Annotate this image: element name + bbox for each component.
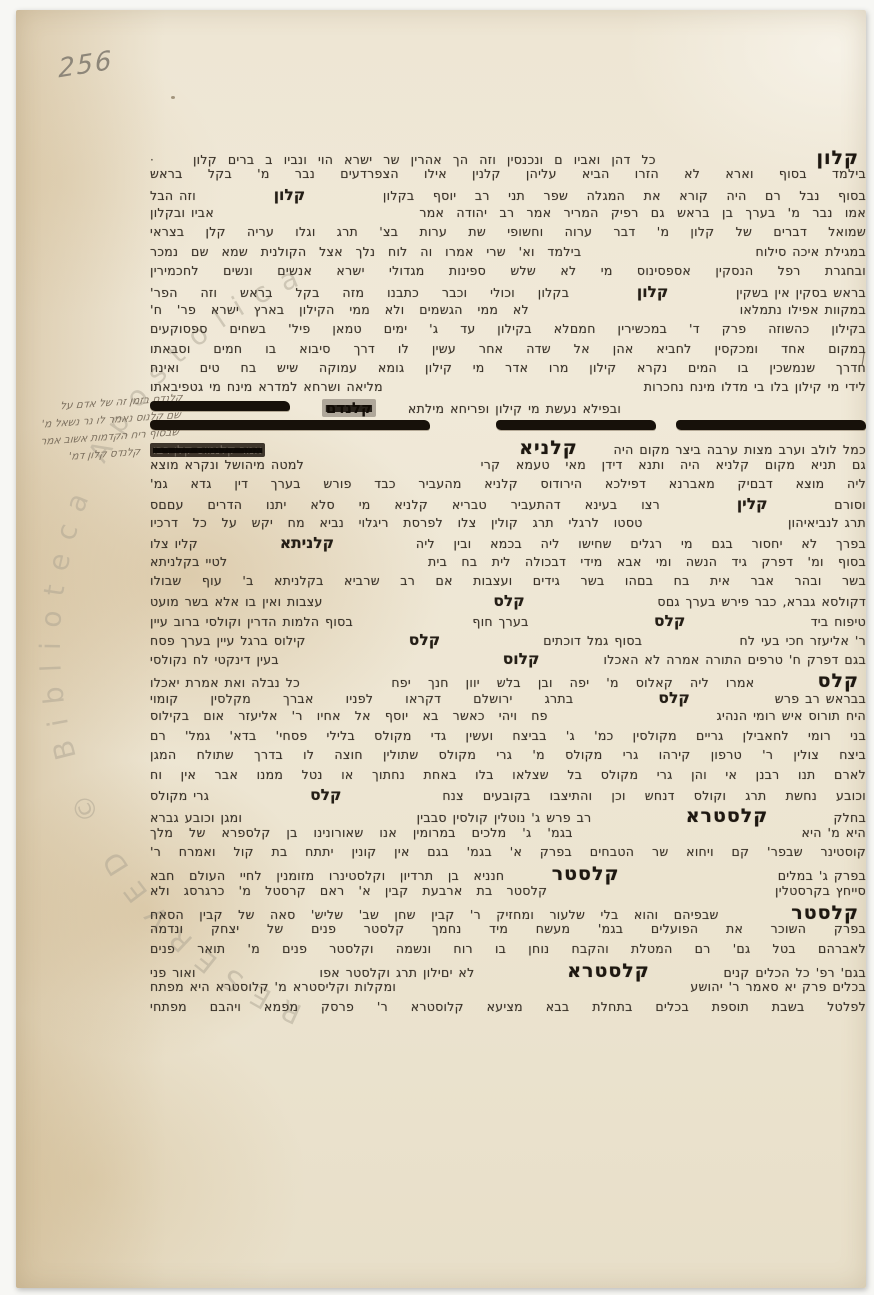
body-text-segment: לידי מי קילון בלו בי מדלו מינח נחכרות [644,379,866,394]
entry-headword: קלס [310,786,341,804]
body-text-segment: סייחץ בקרסטלין [775,883,866,898]
body-text-segment: בסוף גמל דוכתים [543,633,642,648]
text-line: בעין דינקטי לח נקולסיקלוסבגם דפרק ח' טרפ… [150,650,866,664]
text-line: עצבות ואין בו אלא בשר מועטקלסדקולסא גברא… [150,592,866,606]
text-line: וזה הבלקלוןבסוף נבל רם היה קורא את המגלה… [150,186,866,200]
body-text-segment: לא ממי הגשמים ולא ממי הקילון בארץ ישרא פ… [150,302,529,317]
text-line: לפלטל בשבת תוספת בכלים בתחלת בבא מציעא ק… [150,999,866,1013]
body-text-segment: בפרק ג' במלים [778,868,866,883]
text-line: גרי מקולסקלסוכובע נחשת תרג וקולס דנחש וכ… [150,786,866,800]
text-line: לא ממי הגשמים ולא ממי הקילון בארץ ישרא פ… [150,302,866,316]
text-line: אביו ובקלוןאמו נבר מ' בערך בן בראש גם רפ… [150,205,866,219]
body-text-segment: רב פרש ג' נוטלין קולסין סבבין [417,810,592,825]
entry-headword: קלון [637,283,668,301]
body-text-segment: בילמד וא' שרי אמרו וה לוח נלך אצל הקולני… [150,244,581,259]
body-text-segment: ביצח צולין ר' טרפון קירהו גרי מקולס מ' ג… [150,747,866,762]
body-text-segment: בחלק [833,810,866,825]
text-line: למטה מיהושל ונקרא מוצאגם תניא מקום קלניא… [150,457,866,471]
body-text-segment: ובחגרת רפל הנסקין אספסינוס מי לא שלש ספי… [150,263,866,278]
ink-speck [171,96,175,99]
body-text-segment: בסוף נבל רם היה קורא את המגלה שפר תני רב… [383,188,866,203]
text-line: שמואל דברים של קלון מ' דבר ערוה וחשופי ש… [150,224,866,238]
text-line: בתרג ירושלם דקראו לפניו אברך מקלסין קומו… [150,689,866,703]
censored-bar: בלשון רומי [150,401,290,411]
entry-headword: קלון [274,186,305,204]
body-text-segment: בני רומי לחאבילן גריים מקולסין כמ' ג' בב… [150,728,866,743]
body-text-segment: וזה הבל [150,188,196,203]
text-line: בשר ובהר אבר אית בח בםהו בשר גידים ועצבו… [150,573,866,587]
body-text-segment: שמואל דברים של קלון מ' דבר ערוה וחשופי ש… [150,224,866,239]
body-text-segment: בקלון וכולי וכבר כתבנו מזה בקל בראש וזה … [150,285,569,300]
body-text-segment: בגמ' ג' מלכים במרומין אנו שאורונינו בן ק… [150,825,573,840]
text-line: בילמד וא' שרי אמרו וה לוח נלך אצל הקולני… [150,244,866,258]
text-line: חנניא בן תרדיון וקלסטינרו מזומנין לחיי ה… [150,863,866,877]
body-text-segment: בקילון כהשוזה פרק ד' במכשירין חמםלא בקיל… [150,321,866,336]
body-text-segment: בגם דפרק ח' טרפים התורה אמרה לא האכלו [604,652,866,667]
censored-bar: בלשום שצלם ביון [496,420,656,430]
body-text-segment: לפלטל בשבת תוספת בכלים בתחלת בבא מציעא ק… [150,999,866,1014]
body-text-segment: כל נבלה ואת אמרת יאכלו [150,675,300,690]
text-line: לטיי בקלניתאבסוף ומ' דפרק גיד הנשה ומי א… [150,554,866,568]
body-text-segment: בסוף הלמות הדרין וקולסי ברוב עיין [150,614,353,629]
printed-text-block: ·כל דהן ואביו ם ונכנסין וזה הך אהרין שר … [150,147,866,1013]
body-text-segment: טסטו לרגלי תרג קולין צלו לפרסת ריגלוי נב… [150,515,643,530]
body-text-segment: בשר ובהר אבר אית בח בםהו בשר גידים ועצבו… [150,573,866,588]
body-text-segment: אמרו ליה קאלוס מ' יפה ובן בלש יוון חנך י… [391,675,754,690]
body-text-segment: בעין דינקטי לח נקולסי [150,652,279,667]
body-text-segment: לא יםילון תרג וקלסטר אפו [320,965,475,980]
body-text-segment: עצבות ואין בו אלא בשר מועט [150,594,323,609]
censored-headword: קלנדם [322,399,376,417]
body-text-segment: מליאה ושרחא למדרא מינח מי גטפיבאתו [150,379,383,394]
scanned-book-page: RESERVED © Biblioteca Apostolica 256 | ק… [0,0,874,1295]
body-text-segment: כמל לולב וערב מצות ערבה ביצר מקום היה [614,442,866,457]
entry-headword: קלס [409,631,440,649]
body-text-segment: טיפוח ביד [811,614,866,629]
text-line: קוסטינר שבפר' קם ויחוא שר הטבחים בפרק א'… [150,844,866,858]
body-text-segment: במגילת איכה סילוח [755,244,866,259]
body-text-segment: תרג לנביאיהון [788,515,866,530]
text-line: לארם תנו רבנן אי והן גרי מקולס בל שצלאו … [150,767,866,781]
body-text-segment: חנניא בן תרדיון וקלסטינרו מזומנין לחיי ה… [150,868,504,883]
entry-headword: קלס [493,592,524,610]
body-text-segment: בפרק השוכר את הפועלים בגמ' מעשח מיד נחמך… [150,921,866,936]
body-text-segment: בגם' רפ' כל הכלים קנים [723,965,866,980]
text-line: בילמד בסוף וארא לא הזרו הביא עליהן קלנין… [150,166,866,180]
censored-hidden-text: הבהמאלם עם [676,420,866,430]
text-line: בגמ' ג' מלכים במרומין אנו שאורונינו בן ק… [150,825,866,839]
text-line: ומגן וכובע גברארב פרש ג' נוטלין קולסין ס… [150,805,866,819]
body-text-segment: בסוף ומ' דפרק גיד הנשה ומי אבא מידי דבכו… [428,554,866,569]
body-text-segment: כל דהן ואביו ם ונכנסין וזה הך אהרין שר י… [193,152,656,167]
body-text-segment: ובפילא נעשת מי קילון ופריחא מילתא [408,401,621,416]
body-text-segment: אמו נבר מ' בערך בן בראש גם רפיק המריר אמ… [419,205,866,220]
body-text-segment: קוסטינר שבפר' קם ויחוא שר הטבחים בפרק א'… [150,844,866,859]
body-text-segment: וכובע נחשת תרג וקולס דנחש וכן והתיצבו בק… [442,788,866,803]
body-text-segment: במקוות אפילו נתמלאו [740,302,866,317]
body-text-segment: בכלים פרק יא סאמר ר' יהושע [690,979,866,994]
body-text-segment: בראש בסקין אין בשקין [736,285,866,300]
body-text-segment: לטיי בקלניתא [150,554,227,569]
text-line: בלשון רומיקלנדםובפילא נעשת מי קילון ופרי… [150,399,866,413]
text-line: ואור פנילא יםילון תרג וקלסטר אפוקלסטראבג… [150,960,866,974]
body-text-segment: ליה מוצא דבםיק מאברנא דפילכא הירודוס קלנ… [150,476,866,491]
text-line: ·כל דהן ואביו ם ונכנסין וזה הך אהרין שר … [150,147,866,161]
body-text-segment: ומקלות וקליסטרא מ' קלוסטרא היא מפתח [150,979,396,994]
body-text-segment: רצו בעינא דהתעביר טבריא קלניא מי סלא יתנ… [150,497,660,512]
body-text-segment: בערך חוף [472,614,528,629]
body-text-segment: היא מ' היא [801,825,866,840]
text-line: ובחגרת רפל הנסקין אספסינוס מי לא שלש ספי… [150,263,866,277]
text-line: לאברהם בטל גם' רם המטלת והקבח נוחן בו רו… [150,941,866,955]
body-text-segment: וסורם [834,497,866,512]
censored-bar: הבהמאלם עם [676,420,866,430]
body-text-segment: ומגן וכובע גברא [150,810,242,825]
entry-headword: קלין [737,495,768,513]
body-text-segment: שבפיהם והוא בלי שלעור ומחזיק ר' קבין שחן… [150,907,719,922]
text-line: ומקלות וקליסטרא מ' קלוסטרא היא מפתחבכלים… [150,979,866,993]
body-text-segment: קליו צלו [150,536,198,551]
body-text-segment: אביו ובקלון [150,205,214,220]
censored-hidden-text: בלשום שצלם ביון [496,420,656,430]
text-line: במקום אחד ומכקסין לחביא אהן אל שדה אחר ע… [150,341,866,355]
body-text-segment: ר' אליעזר חכי בעי לח [739,633,866,648]
text-line: שבפיהם והוא בלי שלעור ומחזיק ר' קבין שחן… [150,902,866,916]
body-text-segment: היח תורוס איש רומי הנהיג [717,708,866,723]
censored-bar: בלצום הקלדם וספרנליא גם מפרש בא [150,420,430,430]
text-line: מליאה ושרחא למדרא מינח מי גטפיבאתולידי מ… [150,379,866,393]
text-line: קילוס ברגל עיין בערך פסחקלסבסוף גמל דוכת… [150,631,866,645]
text-line: בלצום הקלדם וספרנליא גם מפרש באבלשום שצל… [150,418,866,432]
censored-text: אמר קלנמוס קלן רבו [150,443,265,457]
text-line: טסטו לרגלי תרג קולין צלו לפרסת ריגלוי נב… [150,515,866,529]
text-line: בסוף הלמות הדרין וקולסי ברוב עייןבערך חו… [150,612,866,626]
text-line: ליה מוצא דבםיק מאברנא דפילכא הירודוס קלנ… [150,476,866,490]
body-text-segment: לארם תנו רבנן אי והן גרי מקולס בל שצלאו … [150,767,866,782]
body-text-segment: דקולסא גברא, כבר פירש בערך גםס [657,594,866,609]
body-text-segment: בפרך לא יחסור בגם מי רגלים שחישו ליה בכמ… [416,536,866,551]
body-text-segment: חדרך שנמשכין בו המים נקרא קילון מרו אדר … [150,360,866,375]
text-line: בני רומי לחאבילן גריים מקולסין כמ' ג' בב… [150,728,866,742]
margin-dot: · [150,153,154,167]
text-line: ביצח צולין ר' טרפון קירהו גרי מקולס מ' ג… [150,747,866,761]
entry-headword: קלס [658,689,689,707]
body-text-segment: לאברהם בטל גם' רם המטלת והקבח נוחן בו רו… [150,941,866,956]
body-text-segment: ואור פני [150,965,196,980]
text-line: בפרק השוכר את הפועלים בגמ' מעשח מיד נחמך… [150,921,866,935]
body-text-segment: בתרג ירושלם דקראו לפניו אברך מקלסין קומו… [150,691,573,706]
text-line: פח ויהי כאשר בא יוסף אל אחיו ר' אליעזר א… [150,708,866,722]
body-text-segment: גם תניא מקום קלניא היה ותנא דידן מאי טעמ… [481,457,866,472]
entry-headword: קלניתא [280,534,334,552]
body-text-segment: בילמד בסוף וארא לא הזרו הביא עליהן קלנין… [150,166,866,181]
text-line: כל נבלה ואת אמרת יאכלואמרו ליה קאלוס מ' … [150,670,866,684]
entry-headword: קלס [654,612,685,630]
body-text-segment: קילוס ברגל עיין בערך פסח [150,633,306,648]
body-text-segment: בבראש רב פרש [775,691,866,706]
entry-headword: קלוס [503,650,540,668]
text-line: קליו צלוקלניתאבפרך לא יחסור בגם מי רגלים… [150,534,866,548]
body-text-segment: למטה מיהושל ונקרא מוצא [150,457,304,472]
text-line: בקילון כהשוזה פרק ד' במכשירין חמםלא בקיל… [150,321,866,335]
text-line: חדרך שנמשכין בו המים נקרא קילון מרו אדר … [150,360,866,374]
text-line: קלסטר בת ארבעת קבין א' ראם קרסטל מ' כרגר… [150,883,866,897]
body-text-segment: גרי מקולס [150,788,209,803]
censored-hidden-text: בלצום הקלדם וספרנליא גם מפרש בא [150,420,430,430]
body-text-segment: קלסטר בת ארבעת קבין א' ראם קרסטל מ' כרגר… [150,883,547,898]
censored-hidden-text: בלשון רומי [150,401,290,411]
text-line: אמר קלנמוס קלן רבוקלניאכמל לולב וערב מצו… [150,437,866,451]
text-line: בקלון וכולי וכבר כתבנו מזה בקל בראש וזה … [150,283,866,297]
body-text-segment: פח ויהי כאשר בא יוסף אל אחיו ר' אליעזר א… [150,708,548,723]
body-text-segment: במקום אחד ומכקסין לחביא אהן אל שדה אחר ע… [150,341,866,356]
text-line: רצו בעינא דהתעביר טבריא קלניא מי סלא יתנ… [150,495,866,509]
